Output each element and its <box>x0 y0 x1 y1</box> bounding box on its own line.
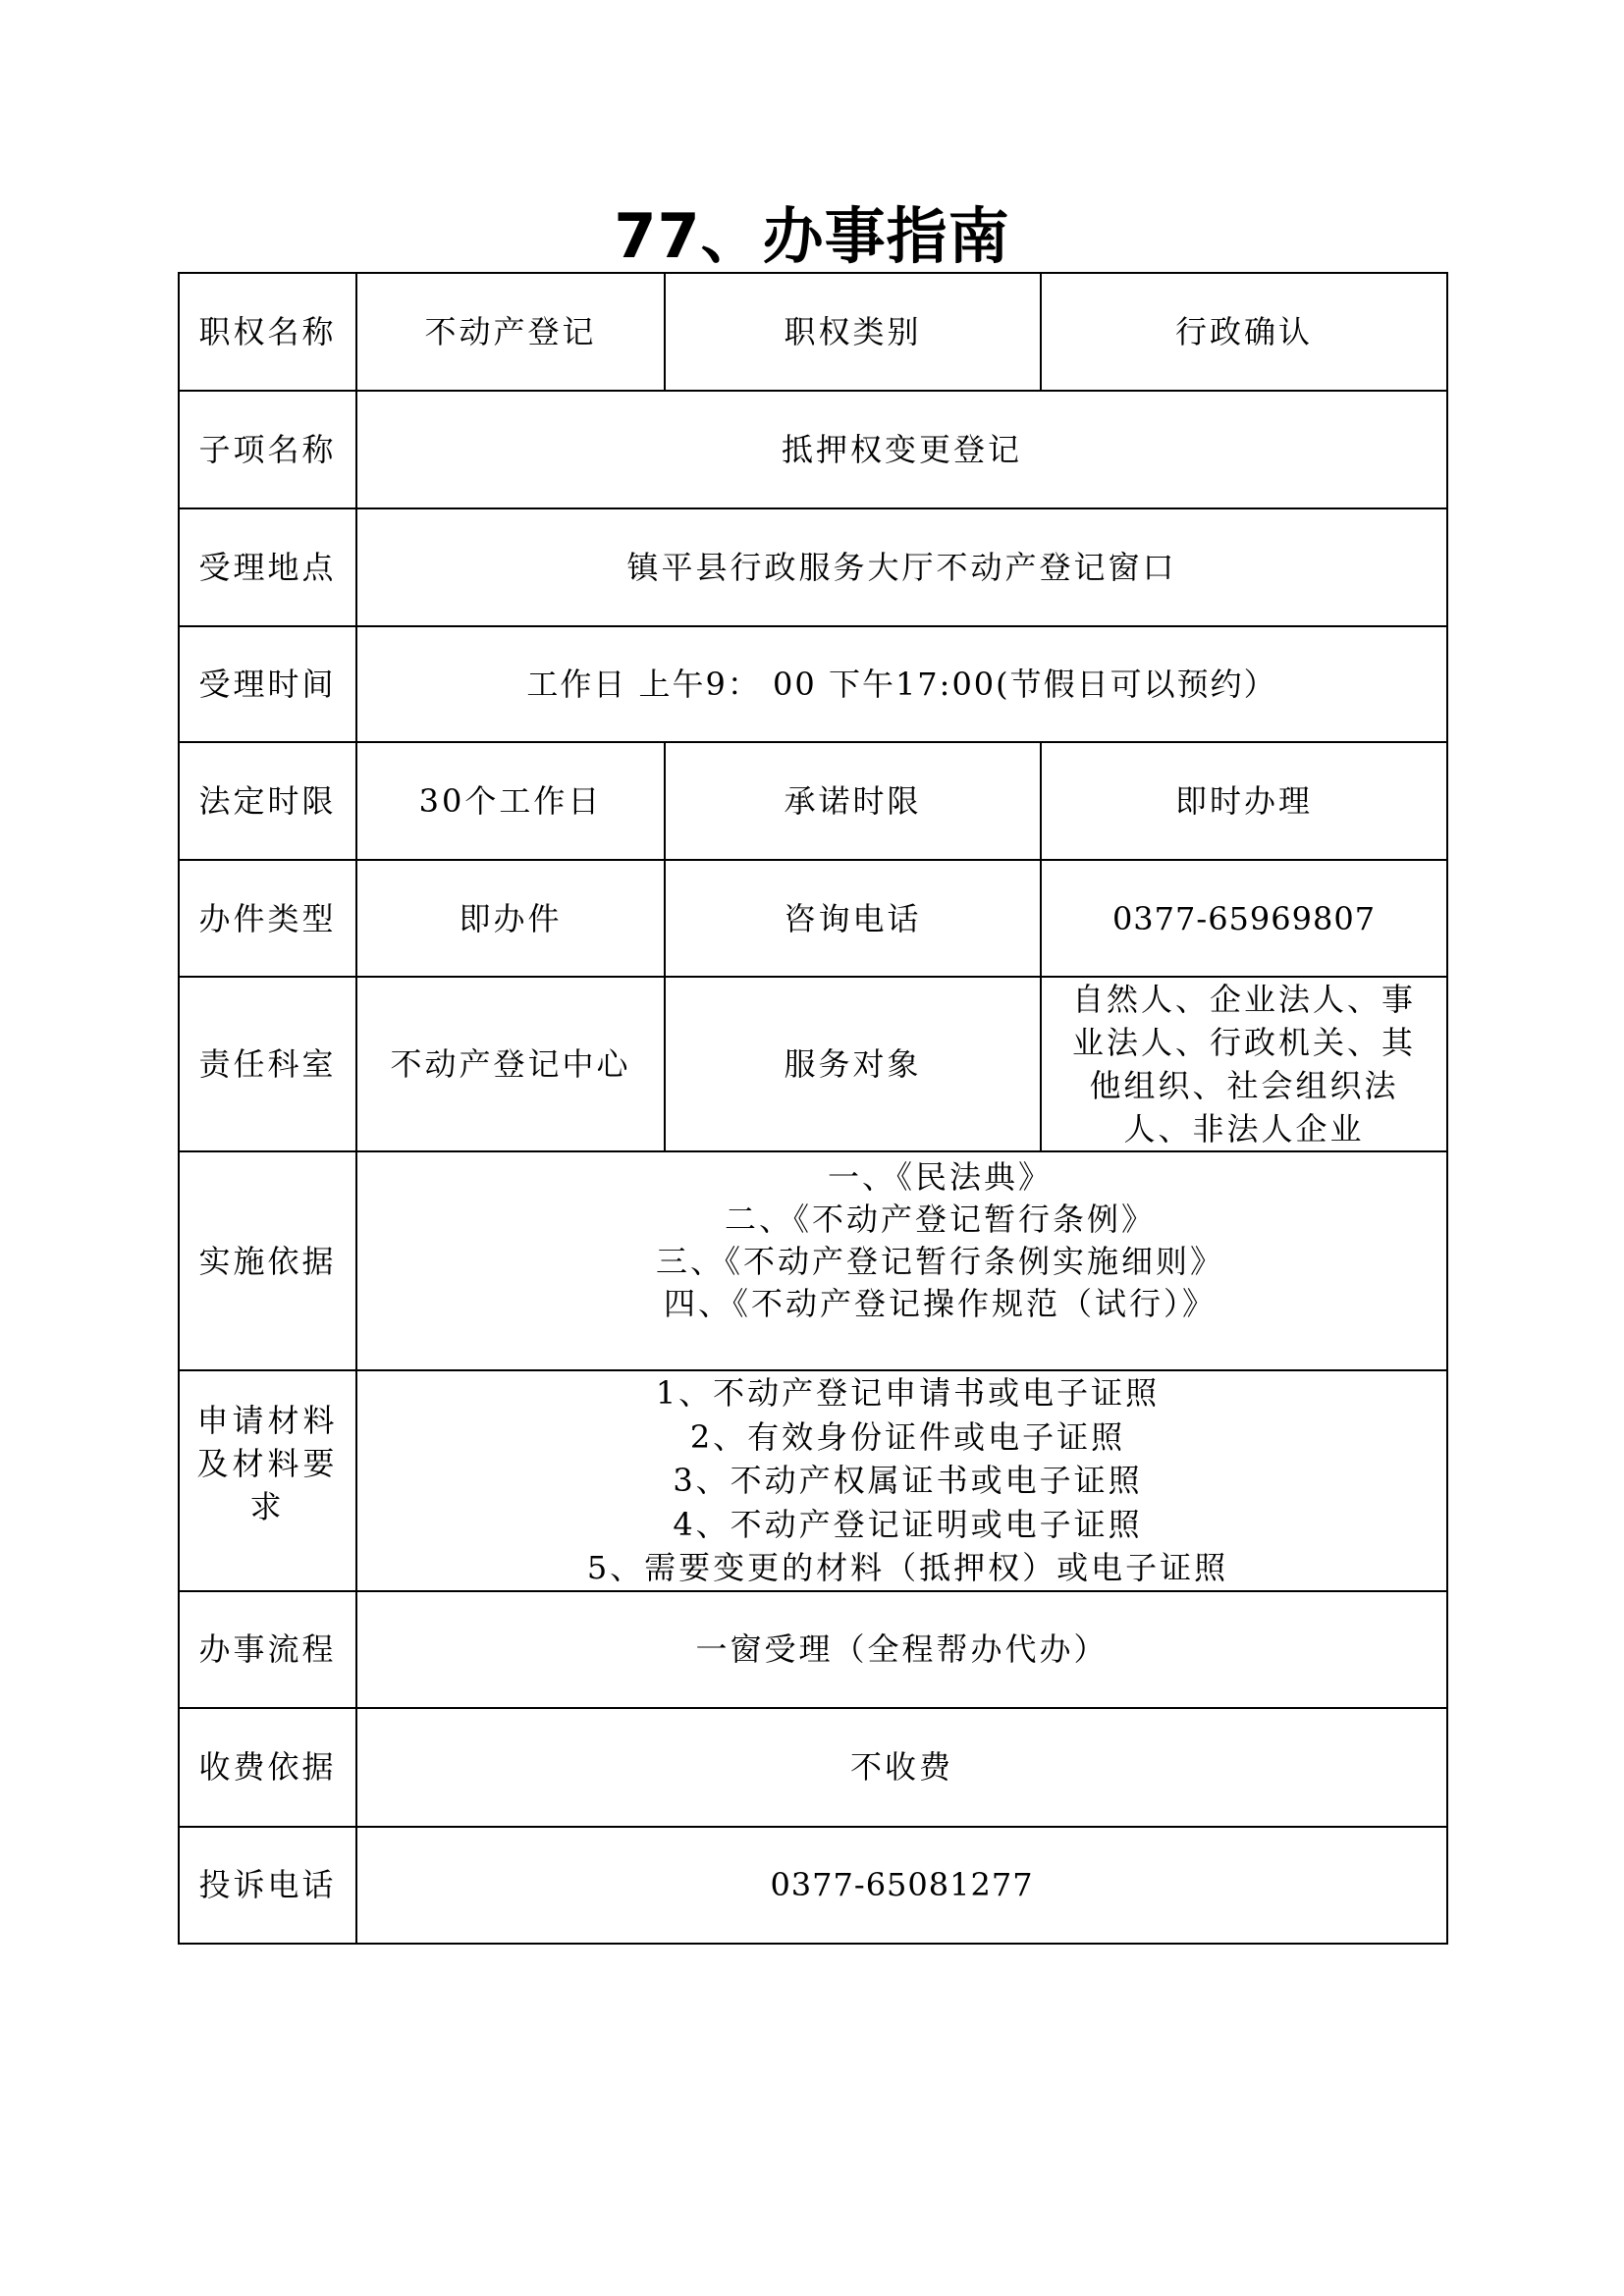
promised-limit-label: 承诺时限 <box>665 742 1041 860</box>
consult-phone-value: 0377-65969807 <box>1041 860 1447 977</box>
materials-list: 1、不动产登记申请书或电子证照 2、有效身份证件或电子证照 3、不动产权属证书或… <box>356 1370 1447 1591</box>
row-complaint: 投诉电话 0377-65081277 <box>179 1827 1447 1944</box>
material-item: 3、不动产权属证书或电子证照 <box>375 1459 1440 1503</box>
basis-list: 一、《民法典》 二、《不动产登记暂行条例》 三、《不动产登记暂行条例实施细则》 … <box>356 1151 1447 1370</box>
row-location: 受理地点 镇平县行政服务大厅不动产登记窗口 <box>179 508 1447 626</box>
case-type-label: 办件类型 <box>179 860 356 977</box>
legal-limit-label: 法定时限 <box>179 742 356 860</box>
row-basis: 实施依据 一、《民法典》 二、《不动产登记暂行条例》 三、《不动产登记暂行条例实… <box>179 1151 1447 1370</box>
row-fee: 收费依据 不收费 <box>179 1708 1447 1827</box>
sub-item-label: 子项名称 <box>179 391 356 508</box>
basis-label: 实施依据 <box>179 1151 356 1370</box>
authority-category-value: 行政确认 <box>1041 273 1447 391</box>
basis-item: 二、《不动产登记暂行条例》 <box>440 1199 1440 1241</box>
row-time-limits: 法定时限 30个工作日 承诺时限 即时办理 <box>179 742 1447 860</box>
complaint-phone-label: 投诉电话 <box>179 1827 356 1944</box>
hours-label: 受理时间 <box>179 626 356 742</box>
service-target-label: 服务对象 <box>665 977 1041 1151</box>
page-title: 77、办事指南 <box>0 192 1624 281</box>
legal-limit-value: 30个工作日 <box>356 742 665 860</box>
fee-label: 收费依据 <box>179 1708 356 1827</box>
department-label: 责任科室 <box>179 977 356 1151</box>
basis-item: 三、《不动产登记暂行条例实施细则》 <box>440 1241 1440 1283</box>
department-value: 不动产登记中心 <box>356 977 665 1151</box>
case-type-value: 即办件 <box>356 860 665 977</box>
material-item: 2、有效身份证件或电子证照 <box>375 1415 1440 1460</box>
materials-label: 申请材料及材料要求 <box>179 1370 356 1591</box>
service-guide-table: 职权名称 不动产登记 职权类别 行政确认 子项名称 抵押权变更登记 受理地点 镇… <box>178 272 1448 1945</box>
consult-phone-label: 咨询电话 <box>665 860 1041 977</box>
promised-limit-value: 即时办理 <box>1041 742 1447 860</box>
row-department: 责任科室 不动产登记中心 服务对象 自然人、企业法人、事业法人、行政机关、其他组… <box>179 977 1447 1151</box>
material-item: 1、不动产登记申请书或电子证照 <box>375 1371 1440 1415</box>
material-item: 4、不动产登记证明或电子证照 <box>375 1503 1440 1547</box>
row-sub-item: 子项名称 抵押权变更登记 <box>179 391 1447 508</box>
complaint-phone-value: 0377-65081277 <box>356 1827 1447 1944</box>
location-label: 受理地点 <box>179 508 356 626</box>
process-label: 办事流程 <box>179 1591 356 1708</box>
authority-name-value: 不动产登记 <box>356 273 665 391</box>
process-value: 一窗受理（全程帮办代办） <box>356 1591 1447 1708</box>
hours-value: 工作日 上午9： 00 下午17:00(节假日可以预约） <box>356 626 1447 742</box>
row-hours: 受理时间 工作日 上午9： 00 下午17:00(节假日可以预约） <box>179 626 1447 742</box>
row-authority: 职权名称 不动产登记 职权类别 行政确认 <box>179 273 1447 391</box>
row-case-type: 办件类型 即办件 咨询电话 0377-65969807 <box>179 860 1447 977</box>
basis-item: 一、《民法典》 <box>440 1156 1440 1199</box>
row-materials: 申请材料及材料要求 1、不动产登记申请书或电子证照 2、有效身份证件或电子证照 … <box>179 1370 1447 1591</box>
authority-name-label: 职权名称 <box>179 273 356 391</box>
sub-item-value: 抵押权变更登记 <box>356 391 1447 508</box>
authority-category-label: 职权类别 <box>665 273 1041 391</box>
material-item: 5、需要变更的材料（抵押权）或电子证照 <box>375 1546 1440 1590</box>
fee-value: 不收费 <box>356 1708 1447 1827</box>
location-value: 镇平县行政服务大厅不动产登记窗口 <box>356 508 1447 626</box>
row-process: 办事流程 一窗受理（全程帮办代办） <box>179 1591 1447 1708</box>
basis-item: 四、《不动产登记操作规范（试行）》 <box>440 1283 1440 1325</box>
service-target-value: 自然人、企业法人、事业法人、行政机关、其他组织、社会组织法人、非法人企业 <box>1041 977 1447 1151</box>
